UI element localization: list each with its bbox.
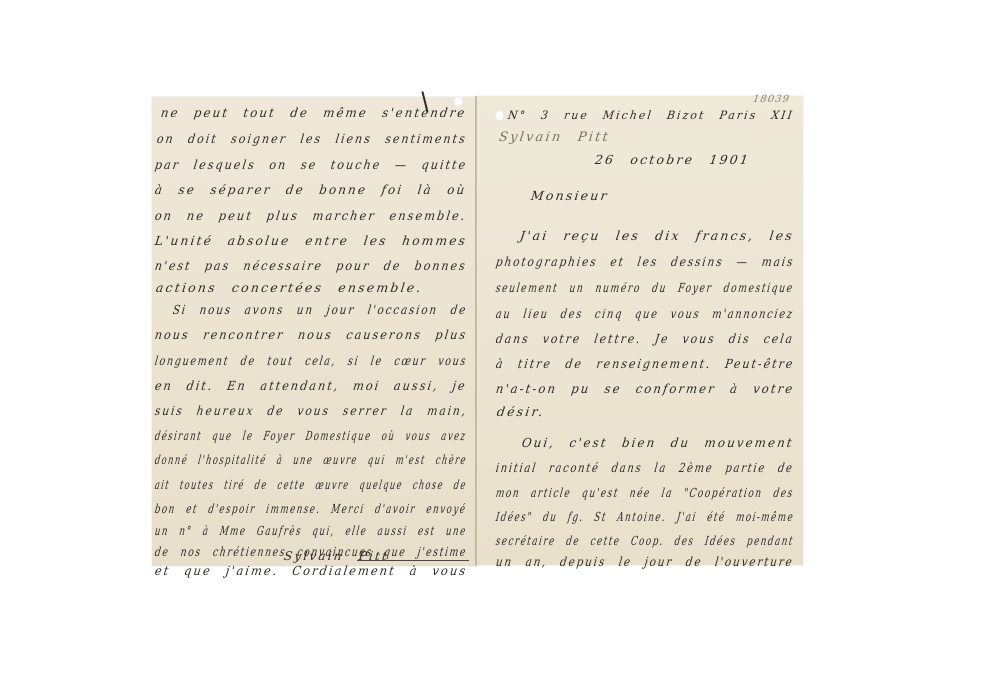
letter-sheet: ne peut tout de même s'entendre on doit … <box>152 97 804 567</box>
text-line: ne peut tout de même s'entendre <box>160 105 468 120</box>
text-line: ait toutes tiré de cette œuvre quelque c… <box>154 477 468 492</box>
signature-rule <box>357 560 469 561</box>
archive-number: 18039 <box>752 94 790 105</box>
text-line: bon et d'espoir immense. Merci d'avoir e… <box>154 501 468 516</box>
text-line: longuement de tout cela, si le cœur vous <box>154 353 468 368</box>
sender-name-pencil: Sylvain Pitt <box>498 130 611 145</box>
text-line: J'ai reçu les dix francs, les <box>519 228 795 243</box>
text-line: L'unité absolue entre les hommes <box>154 233 468 248</box>
text-line: en dit. En attendant, moi aussi, je <box>154 378 468 393</box>
text-line: et que j'aime. Cordialement à vous <box>154 563 468 578</box>
right-page: 18039 N° 3 rue Michel Bizot Paris XII Sy… <box>477 96 803 565</box>
text-line: un n° à Mme Gaufrès qui, elle aussi est … <box>154 523 468 538</box>
text-line: on ne peut plus marcher ensemble. <box>154 208 468 223</box>
text-line: à titre de renseignement. Peut-être <box>495 356 796 371</box>
text-line: Oui, c'est bien du mouvement <box>521 435 795 450</box>
text-line: désirant que le Foyer Domestique où vous… <box>154 428 468 443</box>
text-line: par lesquels on se touche — quitte <box>154 157 468 172</box>
salutation: Monsieur <box>530 188 610 203</box>
text-line: désir. <box>496 404 546 419</box>
text-line: n'a-t-on pu se conformer à votre <box>495 381 796 396</box>
text-line: Si nous avons un jour l'occasion de <box>172 302 468 317</box>
sender-address: N° 3 rue Michel Bizot Paris XII <box>507 108 795 122</box>
text-line: n'est pas nécessaire pour de bonnes <box>154 258 468 273</box>
text-line: photographies et les dessins — mais <box>495 254 796 269</box>
text-line: Idées" du fg. St Antoine. J'ai été moi-m… <box>495 509 795 524</box>
text-line: dans votre lettre. Je vous dis cela <box>495 331 795 346</box>
text-line: donné l'hospitalité à une œuvre qui m'es… <box>154 452 468 467</box>
text-line: nous rencontrer nous causerons plus <box>154 327 468 342</box>
text-line: secrétaire de cette Coop. des Idées pend… <box>495 533 795 548</box>
text-line: on doit soigner les liens sentiments <box>156 131 468 146</box>
text-line: seulement un numéro du Foyer domestique <box>495 280 795 295</box>
text-line: initial raconté dans la 2ème partie de <box>495 460 795 475</box>
text-line: un an, depuis le jour de l'ouverture <box>495 554 795 569</box>
left-page: ne peut tout de même s'entendre on doit … <box>152 97 476 566</box>
text-line: actions concertées ensemble. <box>155 280 424 295</box>
text-line: à se séparer de bonne foi là où <box>154 182 468 197</box>
text-line: suis heureux de vous serrer la main, <box>154 403 468 418</box>
text-line: mon article qu'est née la "Coopération d… <box>495 485 795 500</box>
letter-date: 26 octobre 1901 <box>594 152 751 167</box>
text-line: au lieu des cinq que vous m'annonciez <box>495 306 795 321</box>
punch-hole <box>495 110 504 121</box>
